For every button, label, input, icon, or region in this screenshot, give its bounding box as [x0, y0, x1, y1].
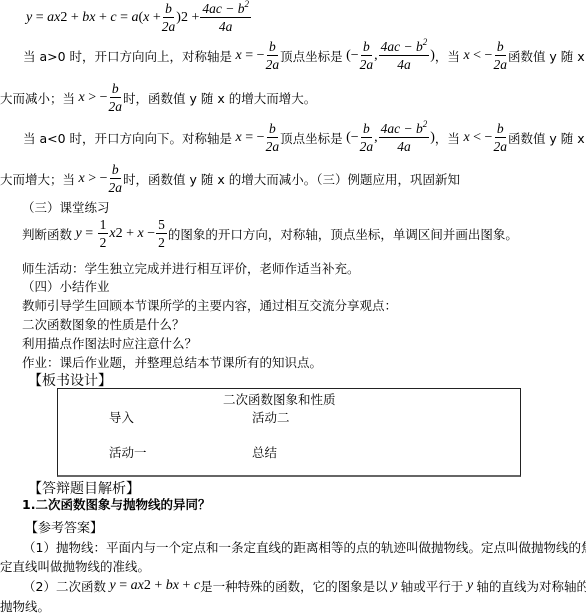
practice-question: 判断函数 y = 12x2 + x − 52 的图象的开口方向，对称轴，顶点坐标… [22, 218, 518, 249]
summary-heading: （四）小结作业 [22, 277, 110, 295]
summary-line: 二次函数图象的性质是什么？ [22, 315, 185, 333]
practice-activity: 师生活动：学生独立完成并进行相互评价，老师作适当补充。 [22, 259, 360, 277]
practice-heading: （三）课堂练习 [22, 198, 110, 216]
para-a-positive-line2: 大而减小；当 x > − b2a 时，函数值 y 随 x 的增大而增大。 [0, 82, 316, 113]
intro-text: 当 a>0 时，开口方向向上，对称轴是 [23, 47, 232, 65]
board-item-summary: 总结 [252, 443, 277, 461]
summary-line: 利用描点作图法时应注意什么？ [22, 334, 197, 352]
board-item-activity2: 活动二 [252, 408, 290, 426]
para-a-negative-line1: 当 a<0 时，开口方向向下。对称轴是 x = − b2a 顶点坐标是 (−b2… [23, 122, 586, 153]
board-item-activity1: 活动一 [109, 443, 147, 461]
board-design-heading: 【板书设计】 [28, 370, 112, 390]
board-design-box: 二次函数图象和性质 导入 活动二 活动一 总结 [57, 388, 521, 477]
answer-1-line2: 定直线叫做抛物线的准线。 [0, 557, 150, 575]
summary-line: 作业：课后作业题，并整理总结本节课所有的知识点。 [22, 353, 322, 371]
board-title: 二次函数图象和性质 [223, 390, 336, 408]
formula-vertex-form: y = ax2 + bx + c = a(x + b2a)2 + 4ac − b… [26, 2, 252, 33]
para-a-negative-line2: 大而增大；当 x > − b2a 时，函数值 y 随 x 的增大而减小。（三）例… [0, 163, 460, 194]
vertex-label: 顶点坐标是 [280, 47, 343, 65]
summary-line: 教师引导学生回顾本节课所学的主要内容，通过相互交流分享观点： [22, 296, 397, 314]
board-item-intro: 导入 [109, 408, 134, 426]
answer-2-line2: 抛物线。 [0, 597, 50, 613]
qa-question: 1.二次函数图象与抛物线的异同？ [22, 495, 210, 513]
answer-2-line1: （2）二次函数 y = ax2 + bx + c 是一种特殊的函数，它的图象是以… [23, 577, 586, 595]
answer-heading: 【参考答案】 [25, 517, 103, 536]
answer-1-line1: （1）抛物线：平面内与一个定点和一条定直线的距离相等的点的轨迹叫做抛物线。定点叫… [23, 538, 586, 556]
para-a-positive-line1: 当 a>0 时，开口方向向上，对称轴是 x = − b2a 顶点坐标是 (−b2… [23, 40, 586, 71]
